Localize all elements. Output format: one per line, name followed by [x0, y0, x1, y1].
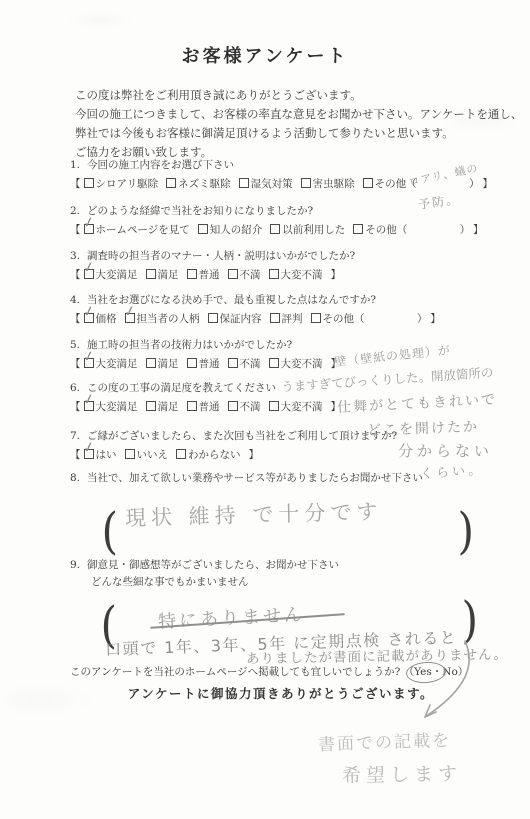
survey-title: お客様アンケート	[0, 42, 530, 68]
checkbox-option: 不満	[228, 401, 261, 413]
check-mark-icon: ✓	[122, 304, 136, 320]
intro-line: この度は弊社をご利用頂き誠にありがとうございます。	[75, 86, 522, 105]
question-number: 6.	[70, 382, 80, 394]
bracket-close: 】	[482, 178, 493, 190]
question-number: 8.	[70, 472, 80, 484]
checkbox	[166, 178, 176, 188]
question-4: 4.当社をお選びになる決め手で、最も重視した点はなんですか? 【✓価格✓担当者の…	[70, 293, 525, 326]
checkbox-option: わからない	[176, 449, 241, 461]
checkbox-option: 満足	[146, 401, 179, 413]
checkbox-option: ✓ホームページを見て	[84, 224, 190, 236]
checkbox	[146, 269, 156, 279]
checkbox	[269, 401, 279, 411]
checkbox	[301, 178, 311, 188]
option-label: 知人の紹介	[210, 224, 263, 236]
checkbox-option: 大変不満	[269, 401, 323, 413]
checkbox-option: ✓はい	[84, 449, 117, 461]
checkbox	[187, 358, 197, 368]
bracket-close: 】	[331, 269, 342, 281]
question-options: 【✓価格✓担当者の人柄保証内容評判その他（ ）】	[70, 312, 525, 326]
question-9: 9.御意見・御感想等がございましたら、お聞かせ下さい どんな些細な事でもかまいま…	[70, 558, 525, 589]
checkbox-option: シロアリ駆除	[84, 178, 159, 190]
checkbox-option: 大変不満	[269, 358, 323, 370]
option-label: 大変満足	[96, 358, 138, 370]
question-heading: 5.施工時の担当者の技術力はいかがでしたか?	[70, 338, 525, 352]
checkbox-option: 保証内容	[208, 313, 262, 325]
checkbox-option: その他（ ）	[353, 224, 465, 236]
option-label: 大変満足	[96, 401, 138, 413]
option-label: 普通	[199, 401, 220, 413]
question-options: 【✓ホームページを見て知人の紹介以前利用したその他（ ）】	[70, 223, 525, 237]
checkbox-option: 評判	[270, 313, 303, 325]
option-label: 不満	[240, 401, 261, 413]
option-label: 以前利用した	[282, 224, 345, 236]
checkbox-option: 大変不満	[269, 269, 323, 281]
checkbox-option: ✓担当者の人柄	[125, 313, 200, 325]
option-label: その他（ ）	[365, 224, 465, 236]
option-label: 不満	[240, 358, 261, 370]
checkbox: ✓	[84, 358, 94, 368]
checkbox-option: 以前利用した	[270, 224, 345, 236]
question-2: 2.どのような経緯で当社をお知りになりましたか? 【✓ホームページを見て知人の紹…	[70, 204, 525, 237]
question-subtext: どんな些細な事でもかまいません	[91, 575, 525, 589]
intro-line: 今回の施工につきまして、お客様の率直な意見をお聞かせ下さい。アンケートを通し、	[75, 105, 522, 124]
publish-question-text: このアンケートを当社のホームページへ掲載しても宜しいでしょうか?	[70, 666, 400, 678]
question-number: 5.	[70, 339, 80, 351]
checkbox-option: 普通	[187, 358, 220, 370]
checkbox	[187, 401, 197, 411]
checkbox	[270, 313, 280, 323]
checkbox-option: ✓大変満足	[84, 358, 138, 370]
checkbox	[84, 178, 94, 188]
intro-paragraph: この度は弊社をご利用頂き誠にありがとうございます。 今回の施工につきまして、お客…	[75, 86, 522, 162]
option-label: いいえ	[137, 449, 169, 461]
check-mark-icon: ✓	[81, 392, 95, 408]
question-number: 9.	[70, 559, 80, 571]
checkbox	[146, 358, 156, 368]
checkbox-option: ✓大変満足	[84, 401, 138, 413]
checkbox	[270, 224, 280, 234]
checkbox-option: いいえ	[125, 449, 169, 461]
option-label: 満足	[158, 401, 179, 413]
checkbox	[363, 178, 373, 188]
checkbox-option: ✓価格	[84, 313, 117, 325]
checkbox-option: 普通	[187, 401, 220, 413]
checkbox-option: 不満	[228, 269, 261, 281]
check-mark-icon: ✓	[81, 440, 95, 456]
checkbox	[311, 313, 321, 323]
checkbox-option: 不満	[228, 358, 261, 370]
option-label: 湿気対策	[251, 178, 293, 190]
paren: ）	[458, 666, 469, 678]
thanks-message: アンケートに御協力頂きありがとうございます。	[0, 684, 530, 702]
bracket-close: 】	[473, 224, 484, 236]
checkbox-option: 害虫駆除	[301, 178, 355, 190]
checkbox-option: その他（ ）	[311, 313, 423, 325]
checkbox	[176, 449, 186, 459]
option-label: 普通	[199, 269, 220, 281]
publish-permission-line: このアンケートを当社のホームページへ掲載しても宜しいでしょうか? （Yes・No…	[70, 664, 468, 679]
option-label: 満足	[158, 269, 179, 281]
checkbox	[228, 401, 238, 411]
option-label: 普通	[199, 358, 220, 370]
bracket-open: 【	[70, 401, 81, 413]
option-label: 担当者の人柄	[137, 313, 200, 325]
option-label: 満足	[158, 358, 179, 370]
checkbox	[239, 178, 249, 188]
checkbox	[269, 269, 279, 279]
checkbox	[146, 401, 156, 411]
checkbox	[125, 449, 135, 459]
answer-paren-open: (	[101, 506, 118, 556]
question-number: 4.	[70, 294, 80, 306]
question-number: 1.	[70, 159, 80, 171]
option-label: 価格	[96, 313, 117, 325]
handwritten-q8-answer: 現状 維持 で十分です	[125, 496, 383, 533]
question-text: 施工時の担当者の技術力はいかがでしたか?	[87, 339, 292, 351]
checkbox	[228, 358, 238, 368]
checkbox-option: 知人の紹介	[198, 224, 263, 236]
checkbox	[269, 358, 279, 368]
question-options: 【✓大変満足満足普通不満大変不満】	[70, 268, 525, 282]
question-text: 当社で、加えて欲しい業務やサービス等がありましたらお聞かせ下さい	[87, 472, 423, 484]
option-label: シロアリ駆除	[96, 178, 159, 190]
check-mark-icon: ✓	[81, 215, 95, 231]
option-label: その他（ ）	[323, 313, 423, 325]
checkbox: ✓	[84, 224, 94, 234]
question-number: 7.	[70, 430, 80, 442]
bracket-open: 【	[70, 224, 81, 236]
option-label: わからない	[188, 449, 241, 461]
bracket-close: 】	[430, 313, 441, 325]
checkbox	[208, 313, 218, 323]
check-mark-icon: ✓	[81, 349, 95, 365]
checkbox	[228, 269, 238, 279]
bracket-open: 【	[70, 313, 81, 325]
bracket-open: 【	[70, 269, 81, 281]
option-label: 不満	[240, 269, 261, 281]
check-mark-icon: ✓	[81, 260, 95, 276]
intro-line: 弊社では今後もお客様に御満足頂けるよう活動して参りたいと思います。	[75, 124, 522, 143]
bracket-close: 】	[249, 449, 260, 461]
checkbox	[353, 224, 363, 234]
question-text: この度の工事の満足度を教えてください	[87, 382, 276, 394]
question-text: 御意見・御感想等がございましたら、お聞かせ下さい	[87, 559, 339, 571]
bracket-open: 【	[70, 178, 81, 190]
option-label: はい	[96, 449, 117, 461]
question-heading: 9.御意見・御感想等がございましたら、お聞かせ下さい	[70, 558, 525, 572]
handwritten-side-note: 分からない	[398, 440, 493, 461]
bracket-open: 【	[70, 449, 81, 461]
checkbox-option: 満足	[146, 358, 179, 370]
checkbox: ✓	[84, 269, 94, 279]
checkbox	[187, 269, 197, 279]
checkbox: ✓	[84, 401, 94, 411]
question-text: ご縁がございましたら、また次回も当社をご利用して頂けますか?	[87, 430, 397, 442]
question-text: どのような経緯で当社をお知りになりましたか?	[87, 205, 313, 217]
option-label: 評判	[282, 313, 303, 325]
option-label: ネズミ駆除	[178, 178, 231, 190]
question-number: 3.	[70, 250, 80, 262]
option-label: 大変不満	[281, 401, 323, 413]
question-number: 2.	[70, 205, 80, 217]
checkbox	[198, 224, 208, 234]
handwritten-margin-note: 希望します	[342, 759, 462, 788]
question-heading: 4.当社をお選びになる決め手で、最も重視した点はなんですか?	[70, 293, 525, 307]
question-heading: 3.調査時の担当者のマナー・人柄・説明はいかがでしたか?	[70, 249, 525, 263]
checkbox: ✓	[84, 449, 94, 459]
check-mark-icon: ✓	[81, 304, 95, 320]
option-label: 大変満足	[96, 269, 138, 281]
yes-option: Yes	[414, 666, 432, 678]
checkbox-option: 湿気対策	[239, 178, 293, 190]
question-text: 今回の施工内容をお選び下さい	[87, 159, 234, 171]
checkbox: ✓	[84, 313, 94, 323]
checkbox-option: ✓大変満足	[84, 269, 138, 281]
survey-document-page: お客様アンケート この度は弊社をご利用頂き誠にありがとうございます。 今回の施工…	[0, 0, 530, 819]
option-label: ホームページを見て	[96, 224, 190, 236]
checkbox-option: ネズミ駆除	[166, 178, 231, 190]
handwritten-margin-note: 書面での記載を	[318, 726, 452, 756]
option-label: 害虫駆除	[313, 178, 355, 190]
handwritten-side-note: どこを開けたか	[367, 416, 480, 440]
answer-paren-close: )	[457, 506, 474, 556]
bracket-open: 【	[70, 358, 81, 370]
question-text: 調査時の担当者のマナー・人柄・説明はいかがでしたか?	[87, 250, 355, 262]
question-3: 3.調査時の担当者のマナー・人柄・説明はいかがでしたか? 【✓大変満足満足普通不…	[70, 249, 525, 282]
checkbox: ✓	[125, 313, 135, 323]
option-label: 保証内容	[220, 313, 262, 325]
option-label: 大変不満	[281, 358, 323, 370]
checkbox-option: 普通	[187, 269, 220, 281]
option-label: 大変不満	[281, 269, 323, 281]
checkbox-option: 満足	[146, 269, 179, 281]
